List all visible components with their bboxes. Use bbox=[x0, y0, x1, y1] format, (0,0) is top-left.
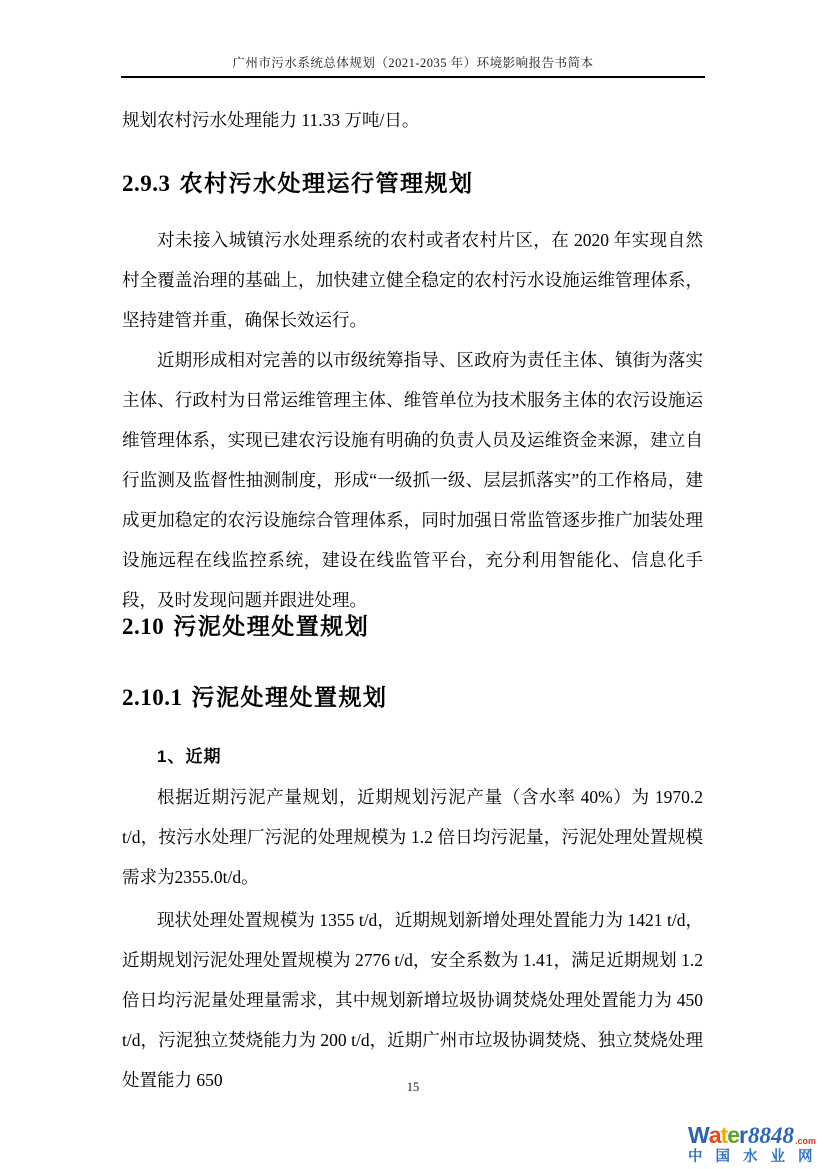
body-paragraph: 近期形成相对完善的以市级统筹指导、区政府为责任主体、镇街为落实主体、行政村为日常… bbox=[122, 340, 703, 620]
body-paragraph: 现状处理处置规模为 1355 t/d，近期规划新增处理处置能力为 1421 t/… bbox=[122, 900, 703, 1100]
brand-number: 8848 bbox=[748, 1124, 794, 1147]
section-title: 农村污水处理运行管理规划 bbox=[180, 170, 474, 196]
watermark-subtitle: 中国水业网 bbox=[688, 1150, 826, 1165]
brand-tld: .com bbox=[795, 1137, 816, 1147]
water8848-watermark: W a t e r 8848 .com 中国水业网 bbox=[688, 1124, 820, 1165]
brand-letter: e bbox=[727, 1124, 739, 1147]
section-title: 污泥处理处置规划 bbox=[192, 684, 388, 710]
body-paragraph: 对未接入城镇污水处理系统的农村或者农村片区，在 2020 年实现自然村全覆盖治理… bbox=[122, 220, 703, 340]
section-title: 污泥处理处置规划 bbox=[173, 613, 369, 639]
page-header: 广州市污水系统总体规划（2021-2035 年）环境影响报告书简本 bbox=[121, 0, 705, 78]
header-title: 广州市污水系统总体规划（2021-2035 年）环境影响报告书简本 bbox=[232, 56, 593, 70]
intro-paragraph: 规划农村污水处理能力 11.33 万吨/日。 bbox=[122, 100, 703, 140]
body-paragraph: 根据近期污泥产量规划，近期规划污泥产量（含水率 40%）为 1970.2 t/d… bbox=[122, 777, 703, 897]
document-page: 广州市污水系统总体规划（2021-2035 年）环境影响报告书简本 规划农村污水… bbox=[0, 0, 826, 1169]
list-subheading: 1、近期 bbox=[122, 737, 221, 777]
page-number: 15 bbox=[0, 1080, 826, 1095]
brand-letter: r bbox=[739, 1124, 747, 1147]
section-heading-2-10: 2.10污泥处理处置规划 bbox=[122, 611, 722, 642]
section-heading-2-9-3: 2.9.3农村污水处理运行管理规划 bbox=[122, 168, 722, 199]
brand-letter: t bbox=[721, 1124, 728, 1147]
section-number: 2.10 bbox=[122, 614, 164, 639]
water8848-wordmark: W a t e r 8848 .com bbox=[688, 1124, 820, 1147]
section-number: 2.9.3 bbox=[122, 171, 171, 196]
brand-letter: W bbox=[688, 1124, 709, 1147]
section-heading-2-10-1: 2.10.1污泥处理处置规划 bbox=[122, 682, 722, 713]
section-number: 2.10.1 bbox=[122, 685, 183, 710]
brand-letter: a bbox=[709, 1124, 721, 1147]
